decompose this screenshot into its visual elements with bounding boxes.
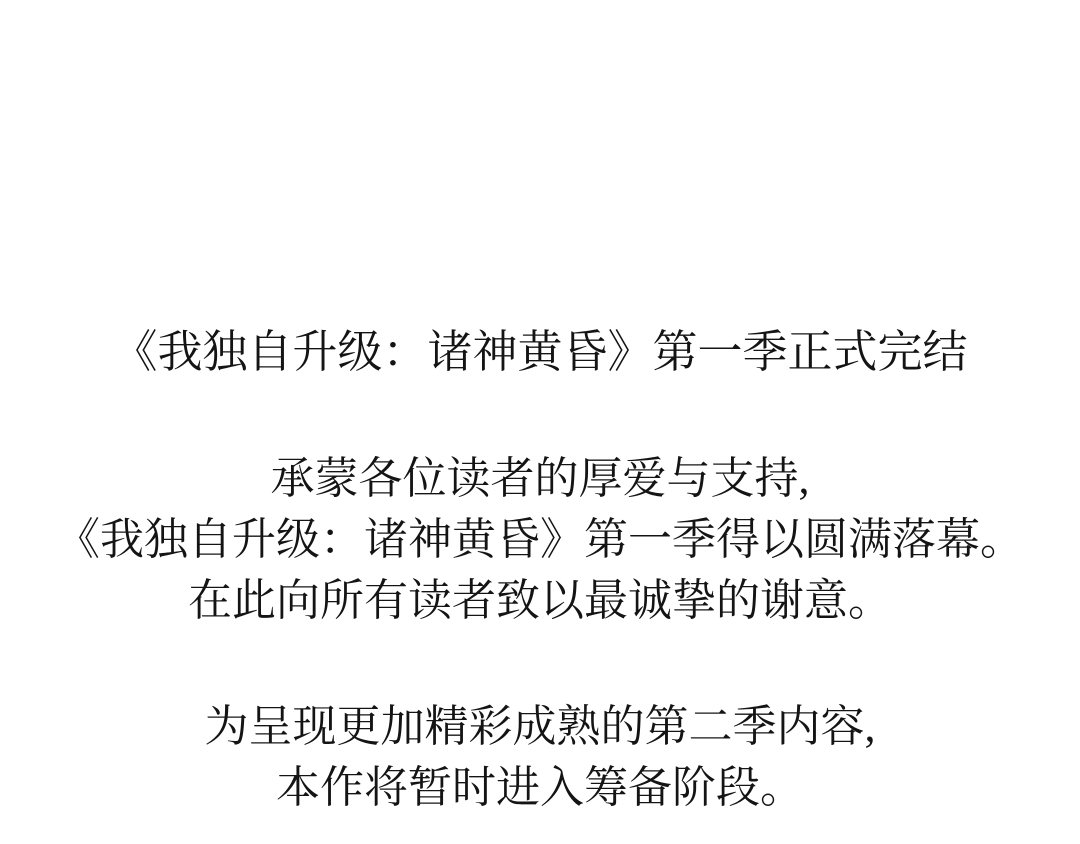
announcement-page: 《我独自升级：诸神黄昏》第一季正式完结 承蒙各位读者的厚爱与支持, 《我独自升级…: [0, 0, 1080, 844]
gratitude-line-3: 在此向所有读者致以最诚挚的谢意。: [0, 570, 1080, 631]
hiatus-line-2: 本作将暂时进入筹备阶段。: [0, 757, 1080, 818]
announcement-title: 《我独自升级：诸神黄昏》第一季正式完结: [0, 326, 1080, 378]
hiatus-line-1: 为呈现更加精彩成熟的第二季内容,: [0, 696, 1080, 757]
announcement-paragraph-hiatus: 为呈现更加精彩成熟的第二季内容, 本作将暂时进入筹备阶段。: [0, 696, 1080, 818]
gratitude-line-2: 《我独自升级：诸神黄昏》第一季得以圆满落幕。: [0, 509, 1080, 570]
announcement-paragraph-gratitude: 承蒙各位读者的厚爱与支持, 《我独自升级：诸神黄昏》第一季得以圆满落幕。 在此向…: [0, 448, 1080, 631]
gratitude-line-1: 承蒙各位读者的厚爱与支持,: [0, 448, 1080, 509]
